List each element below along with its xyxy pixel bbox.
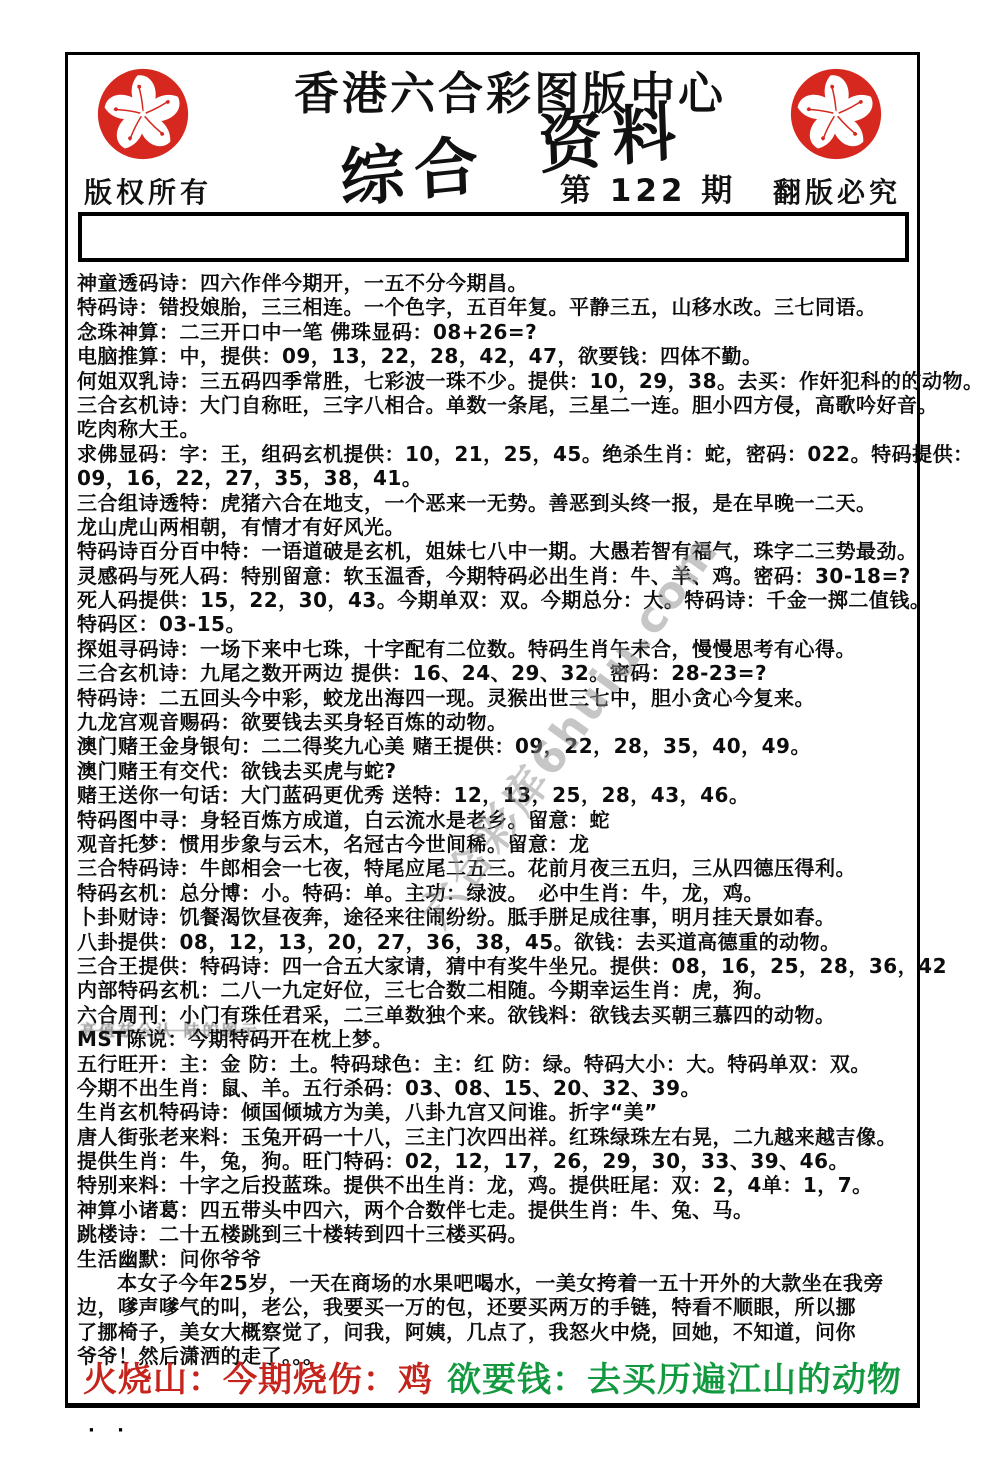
content-line: 澳门赌王有交代：欲钱去买虎与蛇? — [77, 759, 915, 783]
content-line: 何姐双乳诗：三五码四季常胜，七彩波一珠不少。提供：10，29，38。去买：作奸犯… — [77, 369, 915, 393]
content-line: 三合特码诗：牛郎相会一七夜，特尾应尾二五三。花前月夜三五归，三从四德压得利。 — [77, 856, 915, 880]
content-line: 内部特码玄机：二八一九定好位，三七合数二相随。今期幸运生肖：虎，狗。 — [77, 978, 915, 1002]
content-line: 唐人街张老来料：玉兔开码一十八，三主门次四出祥。红珠绿珠左右晃，二九越来越吉像。 — [77, 1125, 915, 1149]
content-line: 三合玄机诗：大门自称旺，三字八相合。单数一条尾，三星二一连。胆小四方侵，高歌吟好… — [77, 393, 915, 417]
content-line: 龙山虎山两相朝，有情才有好风光。 — [77, 515, 915, 539]
content-line: 特码诗：二五回头今中彩，蛟龙出海四一现。灵猴出世三七中，胆小贪心今复来。 — [77, 686, 915, 710]
copyright-right-label: 翻版必究 — [773, 171, 901, 211]
content-line: 死人码提供：15，22，30，43。今期单双：双。今期总分：大。特码诗：千金一掷… — [77, 588, 915, 612]
content-line: 09，16，22，27，35，38，41。 — [77, 466, 915, 490]
content-line: 本女子今年25岁，一天在商场的水果吧喝水，一美女挎着一五十开外的大款坐在我旁 — [77, 1271, 915, 1295]
content-line: 吃肉称大王。 — [77, 417, 915, 441]
issue-number: 第 122 期 — [560, 165, 736, 210]
content-line: 神童透码诗：四六作伴今期开，一五不分今期昌。 — [77, 271, 915, 295]
content-line: 赌王送你一句话：大门蓝码更优秀 送特：12，13，25，28，43，46。 — [77, 783, 915, 807]
footer-prediction-line: 火烧山：今期烧伤：鸡欲要钱：去买历遍江山的动物 — [68, 1352, 917, 1401]
content-line: 特别来料：十字之后投蓝珠。提供不出生肖：龙，鸡。提供旺尾：双：2，4单：1，7。 — [77, 1173, 915, 1197]
content-line: 了挪椅子，美女大概察觉了，问我，阿姨，几点了，我怒火中烧，回她，不知道，问你 — [77, 1320, 915, 1344]
content-line: 五行旺开：主：金 防：土。特码球色：主：红 防：绿。特码大小：大。特码单双：双。 — [77, 1052, 915, 1076]
footer-red-text: 火烧山：今期烧伤：鸡 — [83, 1360, 433, 1400]
content-line: 提供生肖：牛，兔，狗。旺门特码：02，12，17，26，29，30，33、39、… — [77, 1149, 915, 1173]
content-line: 生活幽默：问你爷爷 — [77, 1247, 915, 1271]
content-line: 特码区：03-15。 — [77, 612, 915, 636]
sheet-page: 香港六合彩图版中心 综合 资料 第 122 期 版权所有 翻版必究 神童透码诗：… — [65, 52, 920, 1408]
page-title: 香港六合彩图版中心 — [198, 57, 822, 122]
bauhinia-flag-icon — [96, 67, 190, 161]
footer-green-text: 欲要钱：去买历遍江山的动物 — [447, 1360, 902, 1400]
content-line: 三合组诗透特：虎猪六合在地支，一个恶来一无势。善恶到头终一报，是在早晚一二天。 — [77, 491, 915, 515]
content-line: 特码图中寻：身轻百炼方成道，白云流水是老乡。留意：蛇 — [77, 808, 915, 832]
content-line: 今期不出生肖：鼠、羊。五行杀码：03、08、15、20、32、39。 — [77, 1076, 915, 1100]
content-lines: 神童透码诗：四六作伴今期开，一五不分今期昌。特码诗：错投娘胎，三三相连。一个色字… — [77, 271, 915, 1369]
content-line: 生肖玄机特码诗：倾国倾城方为美，八卦九宫又问谁。折字“美” — [77, 1100, 915, 1124]
content-line: 卜卦财诗：饥餐渴饮昼夜奔，途径来往闹纷纷。胝手胼足成往事，明月挂天景如春。 — [77, 905, 915, 929]
content-line: 神算小诸葛：四五带头中四六，两个合数伴七走。提供生肖：牛、兔、马。 — [77, 1198, 915, 1222]
content-line: 澳门赌王金身银句：二二得奖九心美 赌王提供：09，22，28，35，40，49。 — [77, 734, 915, 758]
content-line: 八卦提供：08，12，13，20，27，36，38，45。欲钱：去买道高德重的动… — [77, 930, 915, 954]
content-line: 求佛显码：字：王，组码玄机提供：10，21，25，45。绝杀生肖：蛇，密码：02… — [77, 442, 915, 466]
content-line: 九龙宫观音赐码：欲要钱去买身轻百炼的动物。 — [77, 710, 915, 734]
content-line: 跳楼诗：二十五楼跳到三十楼转到四十三楼买码。 — [77, 1222, 915, 1246]
content-line: 三合玄机诗：九尾之数开两边 提供：16、24、29、32。密码：28-23=? — [77, 661, 915, 685]
content-line: 灵感码与死人码：特别留意：软玉温香，今期特码必出生肖：牛、羊、鸡。密码：30-1… — [77, 564, 915, 588]
content-line: 电脑推算：中，提供：09，13，22，28，42，47，欲要钱：四体不勤。 — [77, 344, 915, 368]
content-line: 念珠神算：二三开口中一笔 佛珠显码：08+26=? — [77, 320, 915, 344]
bottom-dots: · · — [88, 1420, 132, 1441]
content-line: 探姐寻码诗：一场下来中七珠，十字配有二位数。特码生肖午未合，慢慢思考有心得。 — [77, 637, 915, 661]
content-line: 特码诗百分百中特：一语道破是玄机，姐妹七八中一期。大愚若智有福气，珠字二三势最劲… — [77, 539, 915, 563]
content-line: 边，嗲声嗲气的叫，老公，我要买一万的包，还要买两万的手链，特看不顺眼，所以挪 — [77, 1295, 915, 1319]
misprint-ghost-text: 高值兹公认 陆的图示---- — [80, 1018, 298, 1041]
copyright-left-label: 版权所有 — [84, 171, 212, 211]
content-line: 特码玄机：总分博：小。特码：单。主功：绿波。 必中生肖：牛，龙，鸡。 — [77, 881, 915, 905]
content-line: 三合王提供：特码诗：四一合五大家请，猜中有奖牛坐兄。提供：08，16，25，28… — [77, 954, 915, 978]
content-line: 特码诗：错投娘胎，三三相连。一个色字，五百年复。平静三五，山移水改。三七同语。 — [77, 295, 915, 319]
empty-notice-box — [78, 212, 909, 262]
content-line: 观音托梦：惯用步象与云木，名冠古今世间稀。留意：龙 — [77, 832, 915, 856]
subtitle-part-1: 综合 — [339, 113, 489, 221]
